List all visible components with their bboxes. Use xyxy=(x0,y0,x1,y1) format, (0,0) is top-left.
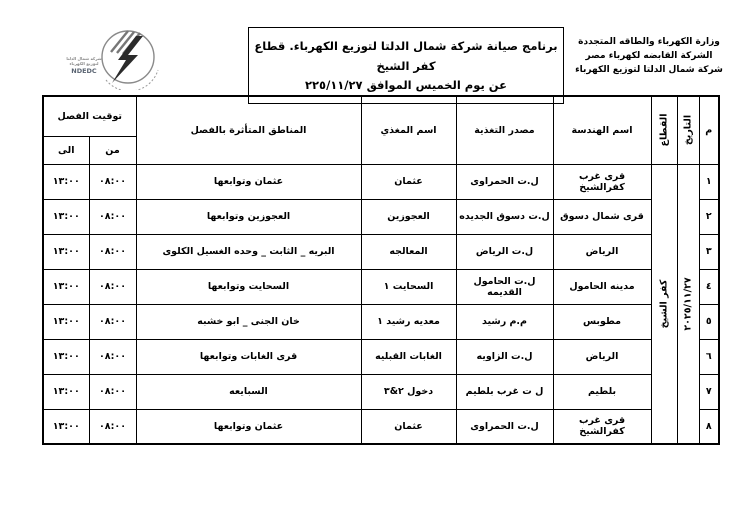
time-from-cell: ٠٨:٠٠ xyxy=(89,409,136,444)
time-to-cell: ١٣:٠٠ xyxy=(43,304,89,339)
table-row: ١ ٢٠٢٥/١١/٢٧كفر الشيخقرى غرب كفرالشيخ ل.… xyxy=(43,164,719,199)
row-number-cell: ٨ xyxy=(699,409,719,444)
time-to-cell: ١٣:٠٠ xyxy=(43,234,89,269)
logo-acronym-text: NDEDC xyxy=(71,67,97,75)
time-from-cell: ٠٨:٠٠ xyxy=(89,269,136,304)
time-to-cell: ١٣:٠٠ xyxy=(43,164,89,199)
areas-cell: السبايعه xyxy=(136,374,361,409)
ministry-line-1: وزارة الكهرباء والطاقه المتجددة xyxy=(574,36,724,50)
col-header-source: مصدر التغذية xyxy=(456,96,553,164)
time-from-cell: ٠٨:٠٠ xyxy=(89,164,136,199)
ministry-line-3: شركة شمال الدلتا لتوزيع الكهرباء xyxy=(574,64,724,78)
col-header-areas: المناطق المتأثرة بالفصل xyxy=(136,96,361,164)
row-number-cell: ٢ xyxy=(699,199,719,234)
source-cell: ل.ت الحمراوى xyxy=(456,409,553,444)
maintenance-schedule-page: { "masthead": { "ministry_lines": { "l1"… xyxy=(0,0,754,507)
date-merged-cell: ٢٠٢٥/١١/٢٧ xyxy=(677,164,699,444)
row-number-cell: ١ xyxy=(699,164,719,199)
table-row: ٧ بلطيم ل ت غرب بلطيم دخول ٢&٣ السبايعه … xyxy=(43,374,719,409)
areas-cell: عثمان وتوابعها xyxy=(136,409,361,444)
areas-cell: قرى الغابات وتوابعها xyxy=(136,339,361,374)
table-row: ٦ الرياض ل.ت الزاويه الغابات القبليه قرى… xyxy=(43,339,719,374)
svg-text:لتوزيع الكهرباء: لتوزيع الكهرباء xyxy=(70,61,99,66)
areas-cell: العجوزين وتوابعها xyxy=(136,199,361,234)
document-title-box: برنامج صيانة شركة شمال الدلتا لتوزيع الك… xyxy=(248,27,564,104)
time-from-cell: ٠٨:٠٠ xyxy=(89,339,136,374)
document-title-line2: عن يوم الخميس الموافق ٢٢٥/١١/٢٧ xyxy=(253,76,559,96)
areas-cell: عثمان وتوابعها xyxy=(136,164,361,199)
time-from-cell: ٠٨:٠٠ xyxy=(89,234,136,269)
sector-merged-cell: كفر الشيخ xyxy=(651,164,677,444)
schedule-body: ١ ٢٠٢٥/١١/٢٧كفر الشيخقرى غرب كفرالشيخ ل.… xyxy=(43,164,719,444)
row-number-cell: ٧ xyxy=(699,374,719,409)
time-to-cell: ١٣:٠٠ xyxy=(43,409,89,444)
source-cell: ل.ت الحامول القديمه xyxy=(456,269,553,304)
engineering-cell: قرى شمال دسوق xyxy=(553,199,651,234)
time-from-cell: ٠٨:٠٠ xyxy=(89,374,136,409)
areas-cell: خان الجنى _ ابو خشبه xyxy=(136,304,361,339)
row-number-cell: ٥ xyxy=(699,304,719,339)
document-title-line1: برنامج صيانة شركة شمال الدلتا لتوزيع الك… xyxy=(253,37,559,76)
feeder-cell: عثمان xyxy=(361,164,456,199)
time-from-cell: ٠٨:٠٠ xyxy=(89,199,136,234)
feeder-cell: الغابات القبليه xyxy=(361,339,456,374)
row-number-cell: ٤ xyxy=(699,269,719,304)
time-to-cell: ١٣:٠٠ xyxy=(43,269,89,304)
maintenance-schedule-table: م التاريخ القطاع اسم الهندسة مصدر التغذي… xyxy=(42,95,720,445)
feeder-cell: العجوزين xyxy=(361,199,456,234)
col-header-to: الى xyxy=(43,136,89,164)
table-row: ٨ قرى غرب كفرالشيخ ل.ت الحمراوى عثمان عث… xyxy=(43,409,719,444)
col-header-num: م xyxy=(699,96,719,164)
col-header-feeder: اسم المغذي xyxy=(361,96,456,164)
time-from-cell: ٠٨:٠٠ xyxy=(89,304,136,339)
company-logo: شركة شمال الدلتا لتوزيع الكهرباء NDEDC xyxy=(66,26,176,90)
col-header-sector: القطاع xyxy=(651,96,677,164)
source-cell: ل ت غرب بلطيم xyxy=(456,374,553,409)
feeder-cell: دخول ٢&٣ xyxy=(361,374,456,409)
source-cell: ل.ت الرياض xyxy=(456,234,553,269)
feeder-cell: عثمان xyxy=(361,409,456,444)
engineering-cell: قرى غرب كفرالشيخ xyxy=(553,164,651,199)
source-cell: ل.ت الحمراوى xyxy=(456,164,553,199)
time-to-cell: ١٣:٠٠ xyxy=(43,339,89,374)
source-cell: ل.ت دسوق الجديده xyxy=(456,199,553,234)
col-header-timing: توقيت الفصل xyxy=(43,96,136,136)
table-row: ٣ الرياض ل.ت الرياض المعالجه البريه _ ال… xyxy=(43,234,719,269)
col-header-date-label: التاريخ xyxy=(683,115,694,145)
ministry-line-2: الشركة القابضه لكهرباء مصر xyxy=(574,50,724,64)
col-header-from: من xyxy=(89,136,136,164)
date-merged-cell-label: ٢٠٢٥/١١/٢٧ xyxy=(683,277,694,330)
engineering-cell: الرياض xyxy=(553,234,651,269)
feeder-cell: السحايت ١ xyxy=(361,269,456,304)
col-header-engineering: اسم الهندسة xyxy=(553,96,651,164)
engineering-cell: مدينه الحامول xyxy=(553,269,651,304)
table-row: ٢ قرى شمال دسوق ل.ت دسوق الجديده العجوزي… xyxy=(43,199,719,234)
engineering-cell: مطوبس xyxy=(553,304,651,339)
ministry-header: وزارة الكهرباء والطاقه المتجددة الشركة ا… xyxy=(574,36,724,78)
engineering-cell: قرى غرب كفرالشيخ xyxy=(553,409,651,444)
time-to-cell: ١٣:٠٠ xyxy=(43,199,89,234)
row-number-cell: ٣ xyxy=(699,234,719,269)
time-to-cell: ١٣:٠٠ xyxy=(43,374,89,409)
source-cell: ل.ت الزاويه xyxy=(456,339,553,374)
areas-cell: السحايت وتوابعها xyxy=(136,269,361,304)
source-cell: م.م رشيد xyxy=(456,304,553,339)
table-row: ٤ مدينه الحامول ل.ت الحامول القديمه السح… xyxy=(43,269,719,304)
col-header-date: التاريخ xyxy=(677,96,699,164)
engineering-cell: الرياض xyxy=(553,339,651,374)
sector-merged-cell-label: كفر الشيخ xyxy=(659,279,670,328)
feeder-cell: المعالجه xyxy=(361,234,456,269)
engineering-cell: بلطيم xyxy=(553,374,651,409)
ndedc-logo-icon: شركة شمال الدلتا لتوزيع الكهرباء NDEDC xyxy=(66,26,176,90)
feeder-cell: معديه رشيد ١ xyxy=(361,304,456,339)
table-row: ٥ مطوبس م.م رشيد معديه رشيد ١ خان الجنى … xyxy=(43,304,719,339)
row-number-cell: ٦ xyxy=(699,339,719,374)
col-header-sector-label: القطاع xyxy=(659,114,670,147)
areas-cell: البريه _ الثابت _ وحده الغسيل الكلوى xyxy=(136,234,361,269)
